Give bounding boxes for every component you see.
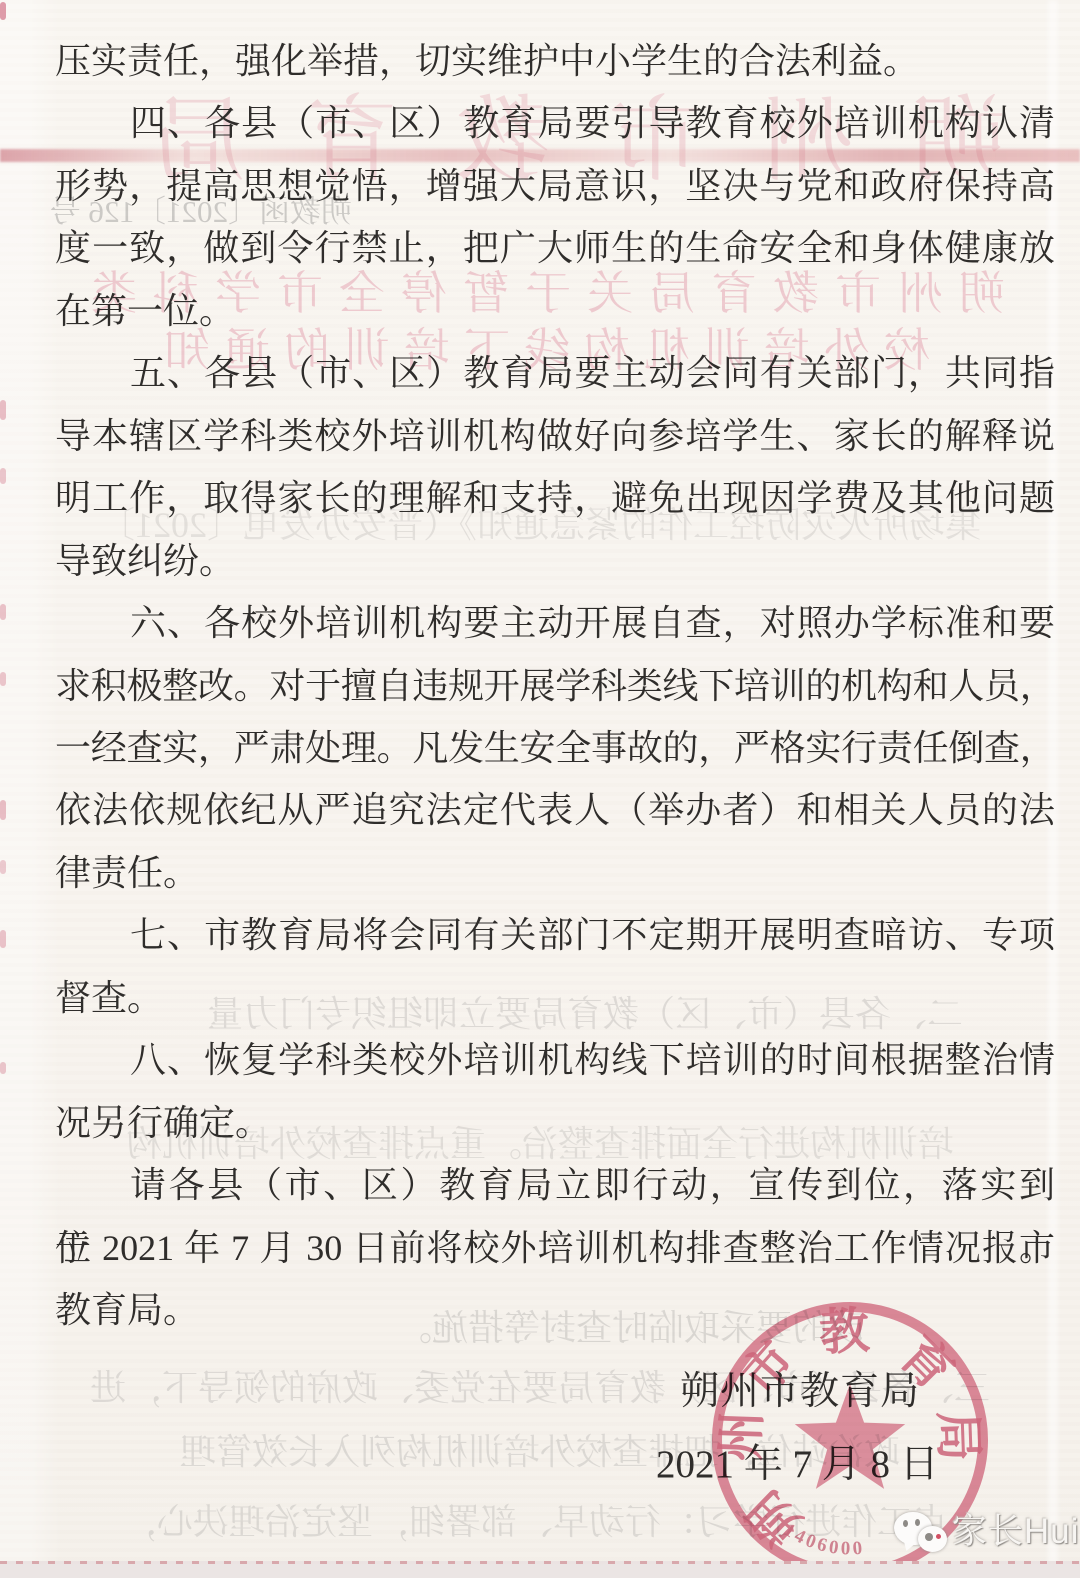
seal-char: 局 (930, 1410, 988, 1462)
document-line: 度一致，做到令行禁止，把广大师生的生命安全和身体健康放 (55, 217, 1055, 280)
document-line: 五、各县（市、区）教育局要主动会同有关部门，共同指 (55, 342, 1055, 405)
seal-char: 教 (818, 1302, 872, 1361)
document-line: 七、市教育局将会同有关部门不定期开展明查暗访、专项 (55, 904, 1055, 967)
document-line: 在第一位。 (55, 280, 1055, 343)
photo-bottom-edge (0, 1561, 1080, 1578)
red-edge-mark (0, 468, 6, 484)
document-line: 律责任。 (55, 842, 1055, 905)
watermark: 家长Hui (892, 1504, 1080, 1564)
seal-code-left: 1406000 (780, 1519, 866, 1559)
document-line: 请各县（市、区）教育局立即行动，宣传到位，落实到位。 (55, 1154, 1055, 1217)
watermark-label: 家长Hui (952, 1506, 1080, 1558)
document-line: 于 2021 年 7 月 30 日前将校外培训机构排查整治工作情况报市 (55, 1217, 1055, 1280)
red-edge-mark (0, 800, 6, 820)
document-line: 六、各校外培训机构要主动开展自查，对照办学标准和要 (55, 592, 1055, 655)
document-line: 导致纠纷。 (55, 530, 1055, 593)
document-line: 压实责任，强化举措，切实维护中小学生的合法利益。 (55, 30, 1055, 93)
red-edge-mark (0, 400, 6, 420)
seal-star-icon (795, 1384, 905, 1489)
document-line: 八、恢复学科类校外培训机构线下培训的时间根据整治情 (55, 1029, 1055, 1092)
red-edge-mark (0, 672, 6, 686)
document-line: 形势，提高思想觉悟，增强大局意识，坚决与党和政府保持高 (55, 155, 1055, 218)
document-line: 依法依规依纪从严追究法定代表人（举办者）和相关人员的法 (55, 779, 1055, 842)
red-edge-mark (0, 604, 6, 620)
document-line: 求积极整改。对于擅自违规开展学科类线下培训的机构和人员， (55, 655, 1055, 718)
document-line: 导本辖区学科类校外培训机构做好向参培学生、家长的解释说 (55, 405, 1055, 468)
red-edge-mark (0, 1062, 6, 1074)
document-line: 一经查实，严肃处理。凡发生安全事故的，严格实行责任倒查， (55, 717, 1055, 780)
scanned-document-page: 朔州市教育局 朔教函〔2021〕126 号 朔州市教育局关于暂停全市学科类 校外… (0, 0, 1080, 1578)
document-line: 明工作，取得家长的理解和支持，避免出现因学费及其他问题 (55, 467, 1055, 530)
svg-text:1406000: 1406000 (780, 1519, 866, 1559)
document-line: 督查。 (55, 967, 1055, 1030)
red-edge-mark (0, 860, 6, 874)
red-edge-mark (0, 930, 6, 948)
seal-char: 育 (889, 1326, 964, 1401)
document-line: 四、各县（市、区）教育局要引导教育校外培训机构认清 (55, 92, 1055, 155)
seal-char: 州 (713, 1410, 771, 1462)
red-edge-mark (0, 2, 6, 20)
document-line: 况另行确定。 (55, 1092, 1055, 1155)
seal-char: 市 (731, 1332, 806, 1406)
wechat-panda-bubbles-icon (892, 1510, 950, 1560)
